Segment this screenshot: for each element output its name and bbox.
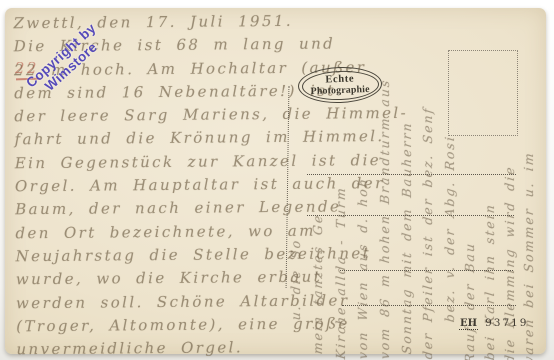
address-line [307,174,516,175]
handwriting-column: Sonntag mit dem Bauherrn [399,121,414,355]
publisher-mark: EH 93719 [459,317,528,330]
address-line [342,305,516,306]
handwriting-column: bez. v. der Abg. Rosi [442,134,457,323]
handwriting-column: die Klemming wird die [502,165,517,360]
serial-number: 93719 [485,317,528,329]
address-line [340,270,513,271]
handwriting-line: unvermeidliche Orgel. [16,336,536,360]
address-line [307,215,514,216]
handwriting-column: bei Karl ihn stein [482,202,497,360]
stamp-text: Echte Photographie [310,73,370,97]
handwriting-column: Kirche allda - Turm [333,185,348,360]
publisher-logo: EH [459,318,478,330]
handwriting-column: mein tanztes Ge [310,213,325,355]
handwriting-column: u. die So [288,238,303,321]
postage-stamp-box [448,50,518,136]
handwriting-column: Rauf. der Bau [462,241,477,360]
stamp-line-2: Photographie [311,84,370,97]
postcard-back: Zwettl, den 17. Juli 1951. Die Kirche is… [5,8,546,354]
handwriting-column: vom 86 m hohen Brandturm aus [377,78,392,360]
handwriting-column: von Wien aus d. hoh [355,176,370,360]
handwriting-column: der Pfeiler ist der bez. Senf [420,106,435,360]
